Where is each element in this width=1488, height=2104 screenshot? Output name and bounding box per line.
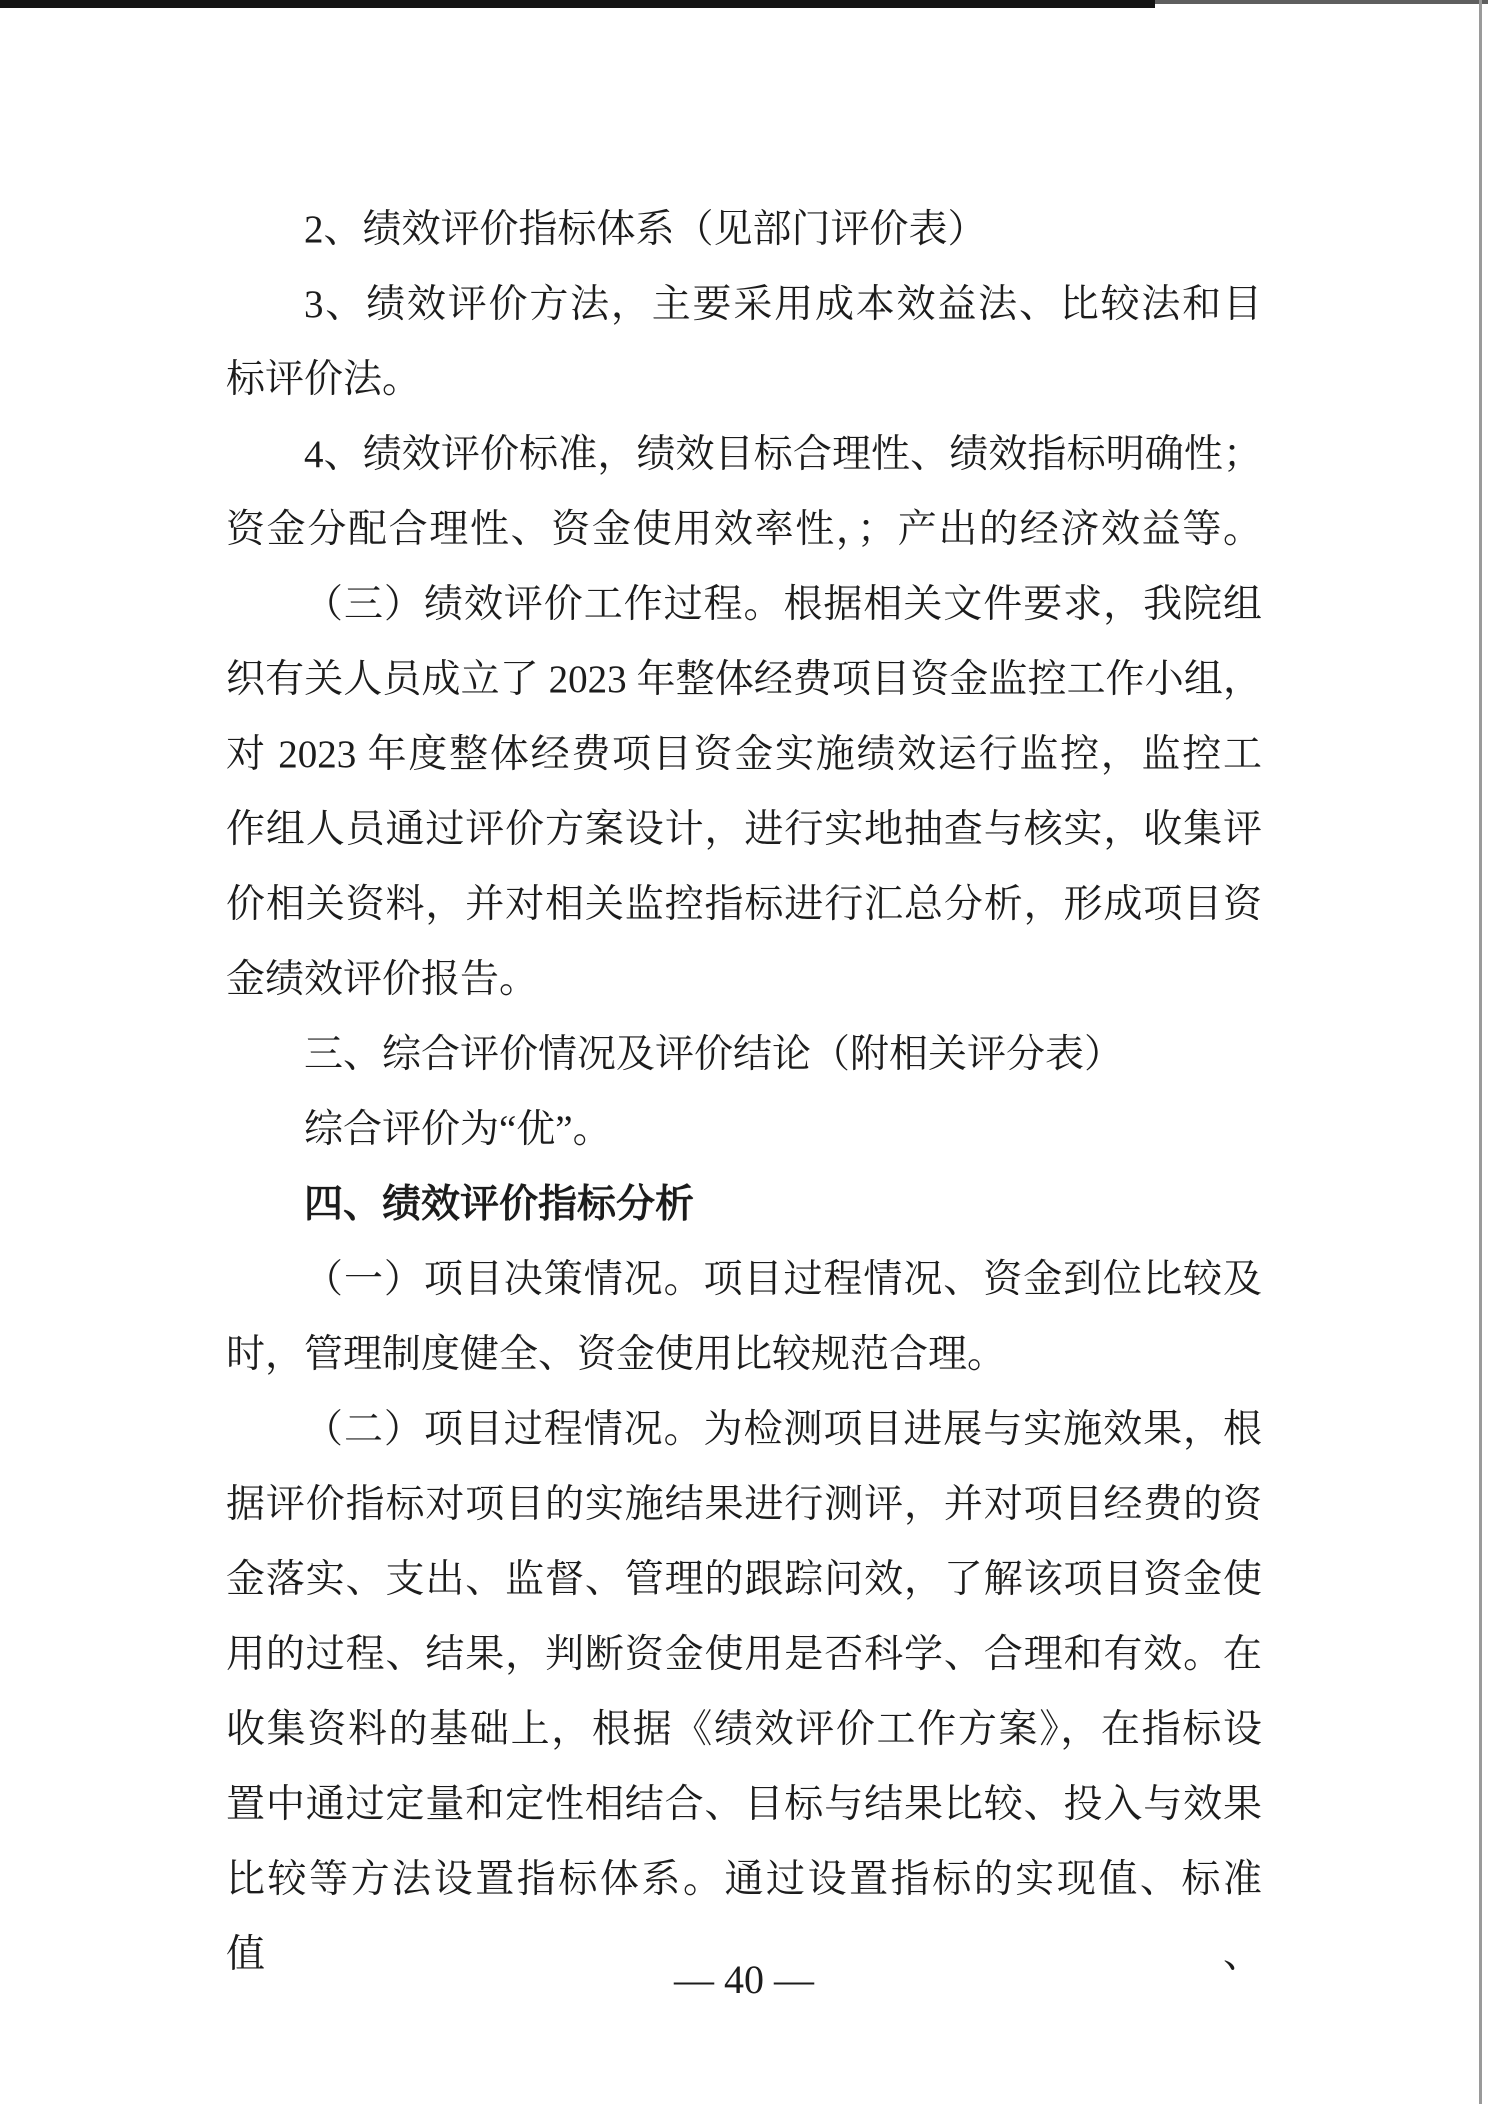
document-page: 2、绩效评价指标体系（见部门评价表）3、绩效评价方法，主要采用成本效益法、比较法… xyxy=(0,0,1488,2104)
text-line: 价相关资料，并对相关监控指标进行汇总分析，形成项目资 xyxy=(226,867,1262,942)
scan-artifact-top-bar-faded xyxy=(1155,0,1488,4)
text-line: 标评价法。 xyxy=(226,342,1262,417)
text-line: （一）项目决策情况。项目过程情况、资金到位比较及 xyxy=(226,1242,1262,1317)
text-line: 对 2023 年度整体经费项目资金实施绩效运行监控，监控工 xyxy=(226,717,1262,792)
text-line: 用的过程、结果，判断资金使用是否科学、合理和有效。在 xyxy=(226,1617,1262,1692)
section-heading-line: 四、绩效评价指标分析 xyxy=(226,1167,1262,1242)
text-line: 2、绩效评价指标体系（见部门评价表） xyxy=(226,192,1262,267)
scan-artifact-top-bar xyxy=(0,0,1155,8)
text-line: 置中通过定量和定性相结合、目标与结果比较、投入与效果 xyxy=(226,1767,1262,1842)
scan-artifact-right-edge-line xyxy=(1479,0,1482,2104)
text-line: 综合评价为“优”。 xyxy=(226,1092,1262,1167)
text-line: 时，管理制度健全、资金使用比较规范合理。 xyxy=(226,1317,1262,1392)
text-line: （二）项目过程情况。为检测项目进展与实施效果，根 xyxy=(226,1392,1262,1467)
text-line: 作组人员通过评价方案设计，进行实地抽查与核实，收集评 xyxy=(226,792,1262,867)
text-line: 资金分配合理性、资金使用效率性，；产出的经济效益等。 xyxy=(226,492,1262,567)
text-line: 三、综合评价情况及评价结论（附相关评分表） xyxy=(226,1017,1262,1092)
text-line: 4、绩效评价标准，绩效目标合理性、绩效指标明确性； xyxy=(226,417,1262,492)
text-line: 金绩效评价报告。 xyxy=(226,942,1262,1017)
page-number: — 40 — xyxy=(0,1950,1488,2010)
text-block: 2、绩效评价指标体系（见部门评价表）3、绩效评价方法，主要采用成本效益法、比较法… xyxy=(226,192,1262,1992)
text-line: 3、绩效评价方法，主要采用成本效益法、比较法和目 xyxy=(226,267,1262,342)
text-line: 收集资料的基础上，根据《绩效评价工作方案》，在指标设 xyxy=(226,1692,1262,1767)
text-line: 织有关人员成立了 2023 年整体经费项目资金监控工作小组， xyxy=(226,642,1262,717)
text-line: 金落实、支出、监督、管理的跟踪问效，了解该项目资金使 xyxy=(226,1542,1262,1617)
text-line: 据评价指标对项目的实施结果进行测评，并对项目经费的资 xyxy=(226,1467,1262,1542)
text-line: （三）绩效评价工作过程。根据相关文件要求，我院组 xyxy=(226,567,1262,642)
